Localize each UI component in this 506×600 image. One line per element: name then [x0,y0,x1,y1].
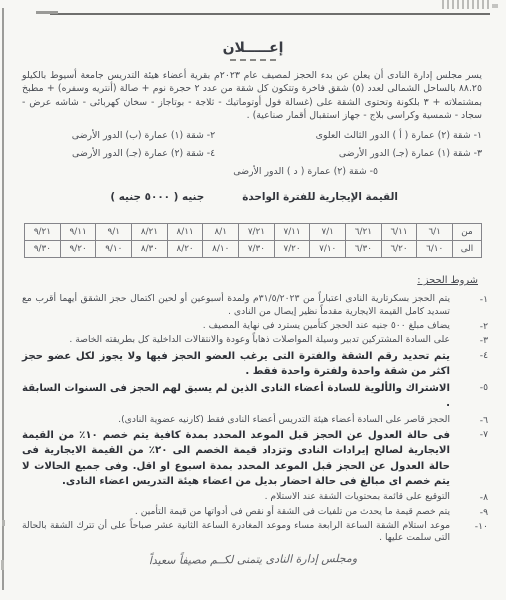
period-cell: ٧/٢١ [239,224,275,241]
condition-text: يضاف مبلغ ٥٠٠ جنيه عند الحجز كتأمين يستر… [22,320,458,332]
condition-number: ٦- [458,414,488,426]
condition-text: موعد استلام الشقة الساعة الرابعة مساء وم… [22,520,458,545]
condition-text: الحجز قاصر على السادة أعضاء هيئة التدريس… [22,414,458,426]
period-cell: ٦/٢٠ [381,241,417,258]
price-line: القيمة الإيجارية للفترة الواحدة جنيه ( ٥… [0,191,398,203]
period-cell: ٧/١ [310,224,346,241]
apartments-row: ٥- شقة (٢) عمارة ( د ) الدور الأرضى [22,165,482,179]
apartment-item: ٣- شقة (١) عمارة (جـ) الدور الأرضى [215,147,482,161]
condition-item: ٣-على السادة المشتركين تدبير وسيلة الموا… [22,334,488,346]
apartment-item: ٤- شقة (٢) عمارة (جـ) الدور الأرضى [22,147,215,161]
period-cell: ٨/٢٠ [167,241,203,258]
condition-number: ٣- [458,334,488,346]
period-cell: ٦/١٠ [417,241,453,258]
condition-text: على السادة المشتركين تدبير وسيلة المواصل… [22,334,458,346]
periods-table-wrap: من ٦/١٦/١١٦/٢١٧/١٧/١١٧/٢١٨/١٨/١١٨/٢١٩/١٩… [24,223,482,258]
condition-text: الاشتراك والألوية للسادة أعضاء النادى ال… [22,381,458,412]
condition-text: التوقيع على قائمة بمحتويات الشقة عند الا… [22,491,458,503]
period-cell: ٩/٢٠ [60,241,96,258]
condition-item: ٥-الاشتراك والألوية للسادة أعضاء النادى … [22,381,488,412]
condition-number: ٤- [458,349,488,380]
top-divider-rule [50,13,490,15]
row-header-from: من [453,224,482,241]
condition-item: ٩-يتم خصم قيمة ما يحدث من تلفيات فى الشق… [22,506,488,518]
row-header-to: الى [453,241,482,258]
apartments-list: ١- شقة (٢) عمارة ( أ ) الدور الثالث العل… [22,129,482,178]
condition-text: يتم خصم قيمة ما يحدث من تلفيات فى الشقة … [22,506,458,518]
apartments-row: ١- شقة (٢) عمارة ( أ ) الدور الثالث العل… [22,129,482,143]
period-cell: ٩/٣٠ [25,241,61,258]
condition-number: ٨- [458,491,488,503]
period-cell: ٧/٣٠ [239,241,275,258]
scan-artifact [2,520,5,526]
corner-stamp-fragment [442,0,492,9]
period-cell: ٩/١١ [60,224,96,241]
period-cell: ٨/١١ [167,224,203,241]
period-cell: ٦/١١ [381,224,417,241]
periods-row-from: من ٦/١٦/١١٦/٢١٧/١٧/١١٧/٢١٨/١٨/١١٨/٢١٩/١٩… [25,224,482,241]
apartment-item: ١- شقة (٢) عمارة ( أ ) الدور الثالث العل… [215,129,482,143]
apartment-item: ٢- شقة (١) عمارة (ب) الدور الأرضى [22,129,215,143]
signature-line: ومجلس إدارة النادى يتمنى لكــم مصيفاً سع… [0,550,506,568]
period-cell: ٨/٢١ [132,224,168,241]
scanned-announcement-page: { "document": { "title": "إعـــــلان", "… [0,0,506,600]
period-cell: ٨/٣٠ [132,241,168,258]
condition-item: ١٠-موعد استلام الشقة الساعة الرابعة مساء… [22,520,488,545]
periods-row-to: الى ٦/١٠٦/٢٠٦/٣٠٧/١٠٧/٢٠٧/٣٠٨/١٠٨/٢٠٨/٣٠… [25,241,482,258]
condition-item: ٦-الحجز قاصر على السادة أعضاء هيئة التدر… [22,414,488,426]
period-cell: ٦/٢١ [346,224,382,241]
period-cell: ٦/١ [417,224,453,241]
condition-number: ١٠- [458,520,488,545]
condition-item: ٤-يتم تحديد رقم الشقة والفترة التى يرغب … [22,349,488,380]
condition-item: ٨-التوقيع على قائمة بمحتويات الشقة عند ا… [22,491,488,503]
condition-item: ١-يتم الحجز بسكرتارية النادى اعتباراً من… [22,293,488,318]
intro-paragraph: يسر مجلس إدارة النادى أن يعلن عن بدء الح… [22,69,482,122]
condition-text: فى حالة العدول عن الحجز قبل الموعد المحد… [22,428,458,489]
page-title: إعـــــلان [0,40,506,56]
period-cell: ٩/٢١ [25,224,61,241]
price-label: القيمة الإيجارية للفترة الواحدة [242,191,398,203]
conditions-heading: شروط الحجز : [417,275,478,286]
condition-number: ٢- [458,320,488,332]
periods-table: من ٦/١٦/١١٦/٢١٧/١٧/١١٧/٢١٨/١٨/١١٨/٢١٩/١٩… [24,223,482,258]
condition-item: ٢-يضاف مبلغ ٥٠٠ جنيه عند الحجز كتأمين يس… [22,320,488,332]
period-cell: ٦/٣٠ [346,241,382,258]
condition-item: ٧-فى حالة العدول عن الحجز قبل الموعد الم… [22,428,488,489]
condition-number: ٧- [458,428,488,489]
apartments-row: ٣- شقة (١) عمارة (جـ) الدور الأرضى ٤- شق… [22,147,482,161]
conditions-list: ١-يتم الحجز بسكرتارية النادى اعتباراً من… [22,293,488,544]
condition-number: ٥- [458,381,488,412]
title-underline [230,59,276,61]
condition-text: يتم تحديد رقم الشقة والفترة التى يرغب ال… [22,349,458,380]
period-cell: ٧/٢٠ [274,241,310,258]
condition-number: ١- [458,293,488,318]
period-cell: ٩/١٠ [96,241,132,258]
period-cell: ٧/١١ [274,224,310,241]
condition-text: يتم الحجز بسكرتارية النادى اعتباراً من ٣… [22,293,458,318]
scan-edge-line [2,8,4,590]
period-cell: ٩/١ [96,224,132,241]
period-cell: ٧/١٠ [310,241,346,258]
condition-number: ٩- [458,506,488,518]
price-value: جنيه ( ٥٠٠٠ جنيه ) [110,191,204,203]
period-cell: ٨/١ [203,224,239,241]
apartment-item: ٥- شقة (٢) عمارة ( د ) الدور الأرضى [233,165,378,179]
period-cell: ٨/١٠ [203,241,239,258]
